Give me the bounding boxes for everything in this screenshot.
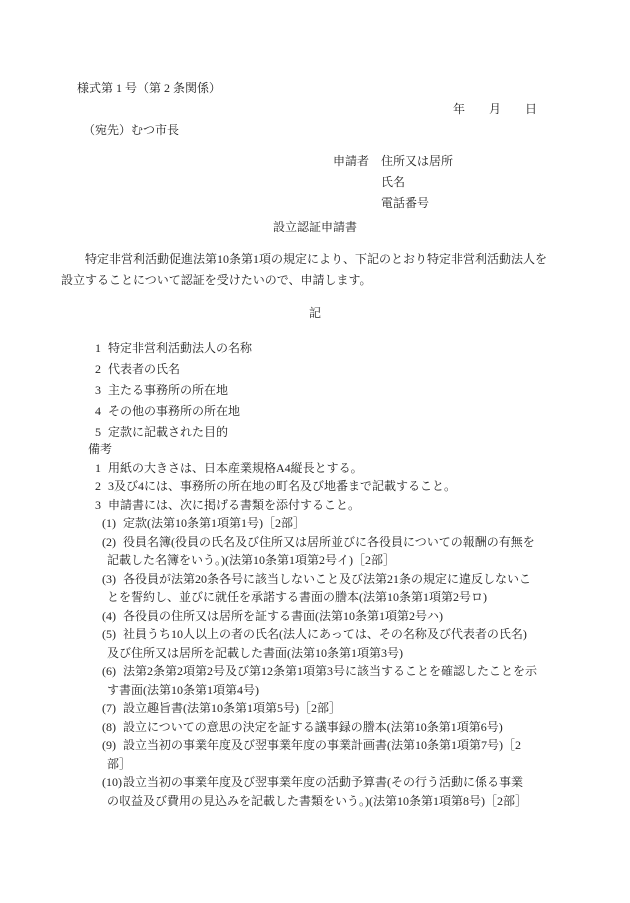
attachment-item: (8)設立についての意思の決定を証する議事録の謄本(法第10条第1項第6号) [0, 718, 630, 737]
attachment-first-line: (10)設立当初の事業年度及び翌事業年度の活動予算書(その行う活動に係る事業 [102, 773, 630, 792]
date-line: 年 月 日 [0, 99, 537, 120]
attachment-text: 設立についての意思の決定を証する議事録の謄本(法第10条第1項第6号) [123, 720, 503, 734]
application-form-page: 様式第 1 号（第 2 条関係） 年 月 日 （宛先）むつ市長 申請者住所又は居… [0, 0, 630, 903]
attachment-item: (10)設立当初の事業年度及び翌事業年度の活動予算書(その行う活動に係る事業の収… [0, 773, 630, 810]
attachment-item: (3)各役員が法第20条各号に該当しないこと及び法第21条の規定に違反しないこと… [0, 570, 630, 607]
body-paragraph-line: 設立することについて認証を受けたいので、申請します。 [61, 270, 630, 291]
item-number: 3 [95, 496, 108, 515]
attachment-number: (8) [102, 718, 123, 737]
item-text: その他の事務所の所在地 [108, 404, 240, 418]
form-number: 様式第 1 号（第 2 条関係） [77, 78, 221, 99]
attachment-first-line: (2)役員名簿(役員の氏名及び住所又は居所並びに各役員についての報酬の有無を [102, 533, 630, 552]
attachment-first-line: (7)設立趣旨書(法第10条第1項第5号)［2部］ [102, 699, 630, 718]
attachment-number: (9) [102, 736, 123, 755]
item-text: 主たる事務所の所在地 [108, 383, 228, 397]
item-number: 4 [95, 401, 108, 422]
attachment-number: (10) [102, 773, 123, 792]
ki-heading: 記 [0, 303, 630, 324]
list-item: 1用紙の大きさは、日本産業規格A4縦長とする。 [95, 459, 630, 478]
attachment-item: (6)法第2条第2項第2号及び第12条第1項第3号に該当することを確認したことを… [0, 662, 630, 699]
remarks-section: 備考 1用紙の大きさは、日本産業規格A4縦長とする。23及び4には、事務所の所在… [0, 440, 630, 810]
attachment-item: (9)設立当初の事業年度及び翌事業年度の事業計画書(法第10条第1項第7号)［2… [0, 736, 630, 773]
attachment-text: 定款(法第10条第1項第1号)［2部］ [123, 516, 305, 530]
attachment-number: (6) [102, 662, 123, 681]
attachment-number: (4) [102, 607, 123, 626]
attachment-item: (4)各役員の住所又は居所を証する書面(法第10条第1項第2号ハ) [0, 607, 630, 626]
item-text: 申請書には、次に掲げる書類を添付すること。 [108, 498, 360, 512]
attachment-first-line: (3)各役員が法第20条各号に該当しないこと及び法第21条の規定に違反しないこ [102, 570, 630, 589]
attachment-first-line: (9)設立当初の事業年度及び翌事業年度の事業計画書(法第10条第1項第7号)［2 [102, 736, 630, 755]
attachment-text: 社員うち10人以上の者の氏名(法人にあっては、その名称及び代表者の氏名) [123, 627, 527, 641]
remarks-title: 備考 [88, 440, 630, 459]
attachment-text-continuation: す書面(法第10条第1項第4号) [107, 681, 630, 700]
item-text: 用紙の大きさは、日本産業規格A4縦長とする。 [108, 461, 363, 475]
attachment-text-continuation: の収益及び費用の見込みを記載した書類をいう。)(法第10条第1項第8号)［2部］ [107, 792, 630, 811]
attachment-item: (1)定款(法第10条第1項第1号)［2部］ [0, 514, 630, 533]
attachment-text: 設立趣旨書(法第10条第1項第5号)［2部］ [123, 701, 341, 715]
attachment-number: (1) [102, 514, 123, 533]
main-list: 1特定非営利活動法人の名称2代表者の氏名3主たる事務所の所在地4その他の事務所の… [0, 338, 630, 443]
attachment-first-line: (1)定款(法第10条第1項第1号)［2部］ [102, 514, 630, 533]
list-item: 3主たる事務所の所在地 [95, 380, 630, 401]
remarks-notes: 1用紙の大きさは、日本産業規格A4縦長とする。23及び4には、事務所の所在地の町… [0, 459, 630, 515]
attachment-item: (5)社員うち10人以上の者の氏名(法人にあっては、その名称及び代表者の氏名)及… [0, 625, 630, 662]
attachment-item: (7)設立趣旨書(法第10条第1項第5号)［2部］ [0, 699, 630, 718]
addressee: （宛先）むつ市長 [83, 120, 179, 141]
applicant-field-name: 氏名 [333, 172, 453, 193]
body-paragraph: 特定非営利活動促進法第10条第1項の規定により、下記のとおり特定非営利活動法人を… [0, 249, 630, 291]
applicant-label: 申請者 [333, 154, 369, 168]
attachment-text-continuation: 及び住所又は居所を記載した書面(法第10条第1項第3号) [107, 644, 630, 663]
attachment-first-line: (8)設立についての意思の決定を証する議事録の謄本(法第10条第1項第6号) [102, 718, 630, 737]
attachment-text-continuation: 記載した名簿をいう。)(法第10条第1項第2号イ)［2部］ [107, 551, 630, 570]
attachment-text: 各役員が法第20条各号に該当しないこと及び法第21条の規定に違反しないこ [123, 572, 531, 586]
attachment-text: 設立当初の事業年度及び翌事業年度の活動予算書(その行う活動に係る事業 [123, 775, 523, 789]
attachment-first-line: (4)各役員の住所又は居所を証する書面(法第10条第1項第2号ハ) [102, 607, 630, 626]
list-item: 2代表者の氏名 [95, 359, 630, 380]
item-number: 3 [95, 380, 108, 401]
attachment-number: (3) [102, 570, 123, 589]
applicant-block: 申請者住所又は居所 氏名 電話番号 [333, 151, 453, 214]
attachment-text: 役員名簿(役員の氏名及び住所又は居所並びに各役員についての報酬の有無を [123, 535, 535, 549]
item-number: 2 [95, 477, 108, 496]
item-number: 1 [95, 338, 108, 359]
item-text: 特定非営利活動法人の名称 [108, 341, 252, 355]
attachment-text-continuation: 部］ [107, 755, 630, 774]
attachment-list: (1)定款(法第10条第1項第1号)［2部］(2)役員名簿(役員の氏名及び住所又… [0, 514, 630, 810]
applicant-line-address: 申請者住所又は居所 [333, 151, 453, 172]
item-text: 3及び4には、事務所の所在地の町名及び地番まで記載すること。 [108, 479, 456, 493]
attachment-number: (2) [102, 533, 123, 552]
attachment-text: 設立当初の事業年度及び翌事業年度の事業計画書(法第10条第1項第7号)［2 [123, 738, 521, 752]
item-text: 代表者の氏名 [108, 362, 180, 376]
applicant-field-address: 住所又は居所 [381, 154, 453, 168]
list-item: 4その他の事務所の所在地 [95, 401, 630, 422]
list-item: 23及び4には、事務所の所在地の町名及び地番まで記載すること。 [95, 477, 630, 496]
attachment-text: 法第2条第2項第2号及び第12条第1項第3号に該当することを確認したことを示 [123, 664, 537, 678]
item-text: 定款に記載された目的 [108, 425, 228, 439]
attachment-text: 各役員の住所又は居所を証する書面(法第10条第1項第2号ハ) [123, 609, 443, 623]
attachment-first-line: (5)社員うち10人以上の者の氏名(法人にあっては、その名称及び代表者の氏名) [102, 625, 630, 644]
body-paragraph-line: 特定非営利活動促進法第10条第1項の規定により、下記のとおり特定非営利活動法人を [85, 249, 630, 270]
attachment-number: (7) [102, 699, 123, 718]
attachment-text-continuation: とを誓約し、並びに就任を承諾する書面の謄本(法第10条第1項第2号ロ) [107, 588, 630, 607]
applicant-field-phone: 電話番号 [333, 193, 453, 214]
document-title: 設立認証申請書 [0, 217, 630, 238]
item-number: 2 [95, 359, 108, 380]
attachment-number: (5) [102, 625, 123, 644]
list-item: 1特定非営利活動法人の名称 [95, 338, 630, 359]
list-item: 3申請書には、次に掲げる書類を添付すること。 [95, 496, 630, 515]
attachment-first-line: (6)法第2条第2項第2号及び第12条第1項第3号に該当することを確認したことを… [102, 662, 630, 681]
item-number: 1 [95, 459, 108, 478]
attachment-item: (2)役員名簿(役員の氏名及び住所又は居所並びに各役員についての報酬の有無を記載… [0, 533, 630, 570]
